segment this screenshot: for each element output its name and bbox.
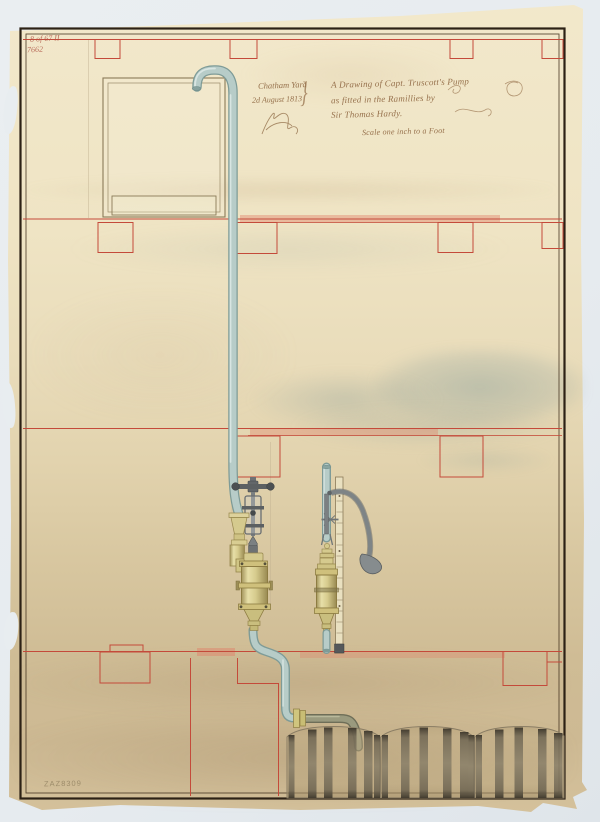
cask-2 [381, 727, 475, 799]
scanned-plan-page: { "document_type": "Admiralty draught / … [0, 0, 600, 822]
signature-flourish [262, 113, 298, 134]
archive-mark-line1: 8 of 67 II [30, 33, 60, 44]
plan-drawing [0, 0, 600, 822]
archive-mark-line2: 7662 [27, 45, 43, 55]
cistern-tank [103, 78, 225, 217]
deck-line-second [23, 215, 563, 254]
pump-side-view [315, 465, 382, 653]
title-brace: } [300, 76, 307, 110]
flourish-after-hardy [455, 109, 491, 116]
cask-1 [287, 727, 380, 799]
title-date: 2d August 1813 [252, 94, 302, 105]
deck-line-upper [23, 40, 563, 59]
cask-3 [475, 727, 564, 799]
reference-number: ZAZ8309 [44, 779, 82, 789]
gauge-staff [335, 477, 345, 653]
water-casks [287, 727, 564, 799]
deck-line-third [23, 429, 562, 478]
title-line3: Sir Thomas Hardy. [331, 108, 403, 120]
